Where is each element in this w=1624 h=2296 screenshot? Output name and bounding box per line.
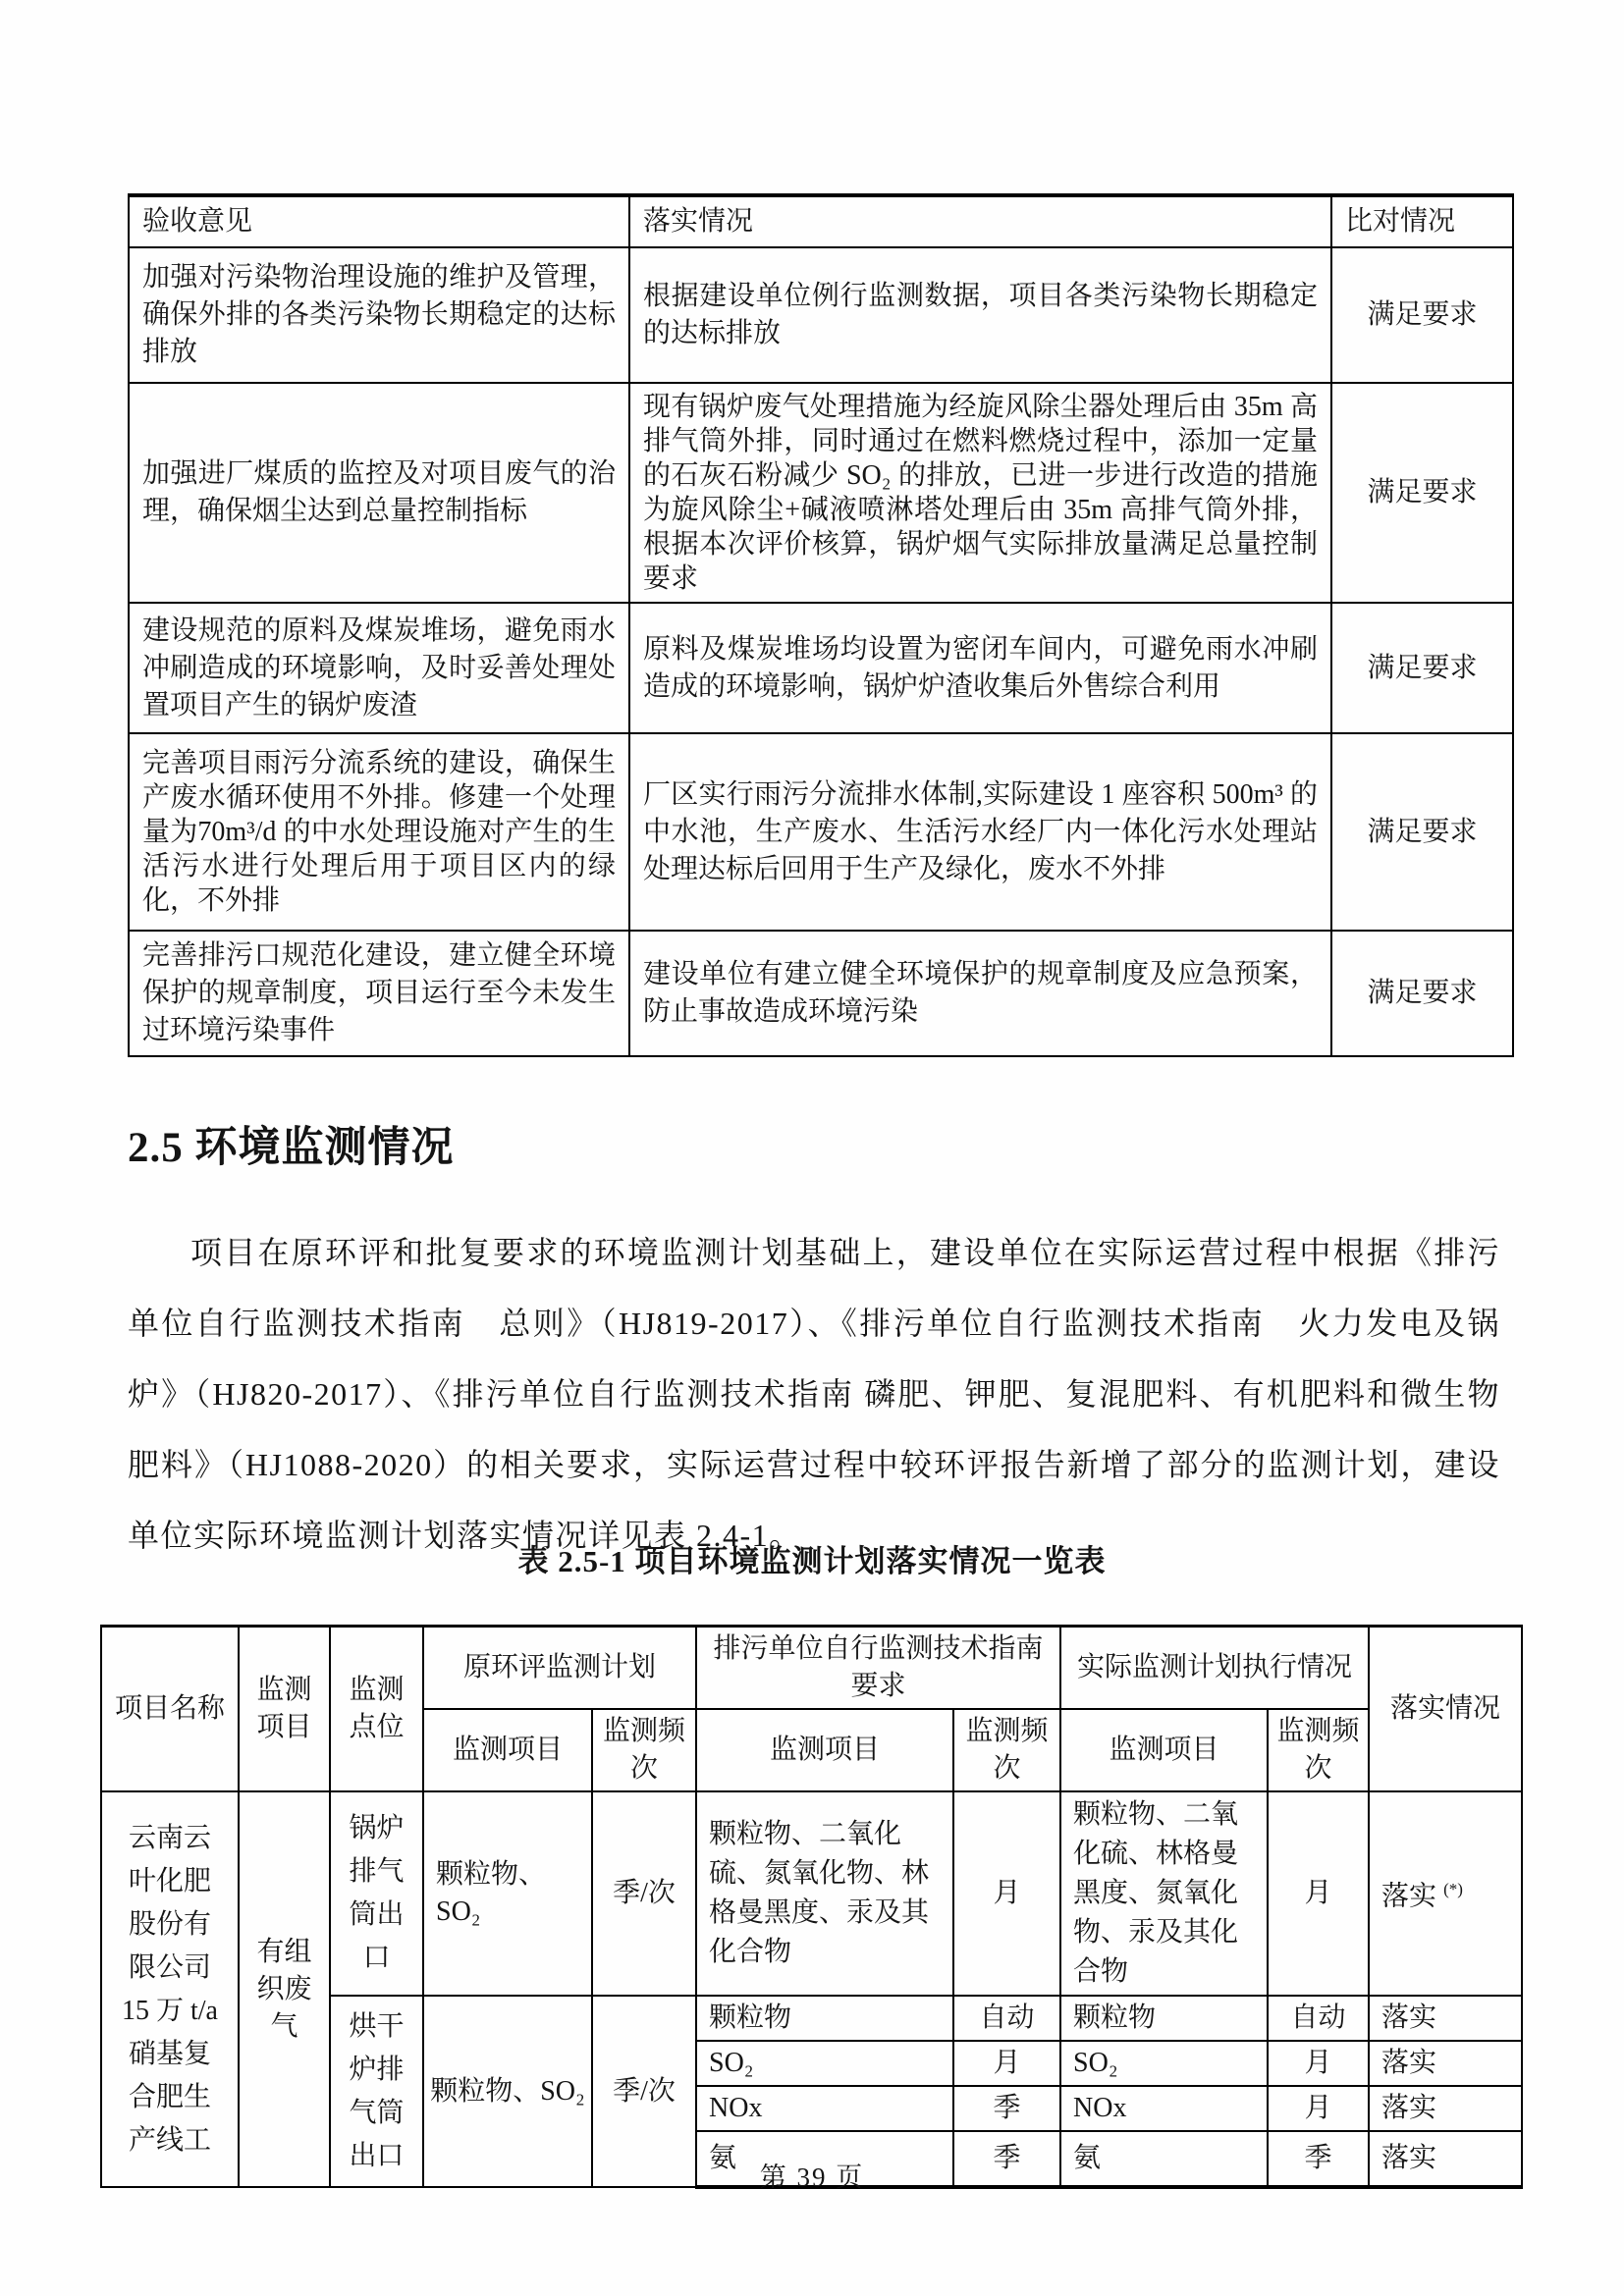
acceptance-table: 验收意见 落实情况 比对情况 加强对污染物治理设施的维护及管理，确保外排的各类污… xyxy=(128,193,1514,1057)
actual-item-cell: NOx xyxy=(1060,2086,1268,2131)
actual-freq-cell: 月 xyxy=(1268,2086,1369,2131)
status-cell: 落实 xyxy=(1369,2086,1522,2131)
comparison-cell: 满足要求 xyxy=(1331,931,1513,1056)
guide-freq-cell: 季 xyxy=(953,2086,1060,2131)
header-sub-freq-eia: 监测频次 xyxy=(592,1709,696,1791)
header-implementation-status: 落实情况 xyxy=(1369,1627,1522,1792)
opinion-cell: 完善项目雨污分流系统的建设，确保生产废水循环使用不外排。修建一个处理量为70m³… xyxy=(129,733,629,931)
acceptance-row: 完善排污口规范化建设，建立健全环境保护的规章制度，项目运行至今未发生过环境污染事… xyxy=(129,931,1513,1056)
header-implementation: 落实情况 xyxy=(629,195,1331,247)
comparison-cell: 满足要求 xyxy=(1331,603,1513,733)
header-sub-item-actual: 监测项目 xyxy=(1060,1709,1268,1791)
guide-item-cell: 颗粒物 xyxy=(696,1996,953,2041)
header-sub-item-guide: 监测项目 xyxy=(696,1709,953,1791)
status-cell: 落实 xyxy=(1369,2041,1522,2086)
status-cell: 落实 (*) xyxy=(1369,1791,1522,1996)
actual-item-cell: 颗粒物、二氧化硫、林格曼黑度、氮氧化物、汞及其化合物 xyxy=(1060,1791,1268,1996)
header-monitor-point: 监测点位 xyxy=(330,1627,423,1792)
page-number: 第 39 页 xyxy=(0,2156,1624,2194)
monitor-item-cell: 有组织废气 xyxy=(239,1791,330,2187)
opinion-cell: 建设规范的原料及煤炭堆场，避免雨水冲刷造成的环境影响，及时妥善处理处置项目产生的… xyxy=(129,603,629,733)
opinion-cell: 加强对污染物治理设施的维护及管理，确保外排的各类污染物长期稳定的达标排放 xyxy=(129,247,629,383)
status-footnote-marker: (*) xyxy=(1443,1880,1463,1898)
guide-freq-cell: 月 xyxy=(953,1791,1060,1996)
opinion-cell: 加强进厂煤质的监控及对项目废气的治理，确保烟尘达到总量控制指标 xyxy=(129,383,629,603)
implementation-cell: 厂区实行雨污分流排水体制,实际建设 1 座容积 500m³ 的中水池，生产废水、… xyxy=(629,733,1331,931)
project-name-cell: 云南云叶化肥股份有限公司 15 万 t/a 硝基复合肥生产线工 xyxy=(101,1791,239,2187)
guide-item-cell: SO₂ xyxy=(696,2041,953,2086)
eia-freq-cell: 季/次 xyxy=(592,1791,696,1996)
monitoring-table: 项目名称 监测项目 监测点位 原环评监测计划 排污单位自行监测技术指南要求 实际… xyxy=(100,1625,1523,2189)
document-page: 验收意见 落实情况 比对情况 加强对污染物治理设施的维护及管理，确保外排的各类污… xyxy=(0,0,1624,2296)
acceptance-row: 建设规范的原料及煤炭堆场，避免雨水冲刷造成的环境影响，及时妥善处理处置项目产生的… xyxy=(129,603,1513,733)
opinion-cell: 完善排污口规范化建设，建立健全环境保护的规章制度，项目运行至今未发生过环境污染事… xyxy=(129,931,629,1056)
comparison-cell: 满足要求 xyxy=(1331,247,1513,383)
actual-freq-cell: 月 xyxy=(1268,2041,1369,2086)
guide-item-cell: 颗粒物、二氧化硫、氮氧化物、林格曼黑度、汞及其化合物 xyxy=(696,1791,953,1996)
monitoring-row-boiler: 云南云叶化肥股份有限公司 15 万 t/a 硝基复合肥生产线工 有组织废气 锅炉… xyxy=(101,1791,1522,1996)
body-paragraph: 项目在原环评和批复要求的环境监测计划基础上，建设单位在实际运营过程中根据《排污单… xyxy=(128,1217,1500,1571)
acceptance-header-row: 验收意见 落实情况 比对情况 xyxy=(129,195,1513,247)
guide-freq-cell: 月 xyxy=(953,2041,1060,2086)
actual-item-cell: 颗粒物 xyxy=(1060,1996,1268,2041)
status-text: 落实 xyxy=(1381,1882,1436,1912)
header-opinion: 验收意见 xyxy=(129,195,629,247)
header-comparison: 比对情况 xyxy=(1331,195,1513,247)
acceptance-row: 加强对污染物治理设施的维护及管理，确保外排的各类污染物长期稳定的达标排放 根据建… xyxy=(129,247,1513,383)
acceptance-row: 加强进厂煤质的监控及对项目废气的治理，确保烟尘达到总量控制指标 现有锅炉废气处理… xyxy=(129,383,1513,603)
eia-item-cell: 颗粒物、SO₂ xyxy=(423,1791,592,1996)
header-project-name: 项目名称 xyxy=(101,1627,239,1792)
actual-item-cell: SO₂ xyxy=(1060,2041,1268,2086)
implementation-cell: 现有锅炉废气处理措施为经旋风除尘器处理后由 35m 高排气筒外排，同时通过在燃料… xyxy=(629,383,1331,603)
comparison-cell: 满足要求 xyxy=(1331,733,1513,931)
implementation-cell: 原料及煤炭堆场均设置为密闭车间内，可避免雨水冲刷造成的环境影响，锅炉炉渣收集后外… xyxy=(629,603,1331,733)
actual-freq-cell: 月 xyxy=(1268,1791,1369,1996)
header-monitor-item: 监测项目 xyxy=(239,1627,330,1792)
implementation-cell: 建设单位有建立健全环境保护的规章制度及应急预案，防止事故造成环境污染 xyxy=(629,931,1331,1056)
header-sub-freq-guide: 监测频次 xyxy=(953,1709,1060,1791)
header-group-actual: 实际监测计划执行情况 xyxy=(1060,1627,1369,1710)
header-sub-freq-actual: 监测频次 xyxy=(1268,1709,1369,1791)
guide-freq-cell: 自动 xyxy=(953,1996,1060,2041)
header-sub-item-eia: 监测项目 xyxy=(423,1709,592,1791)
acceptance-row: 完善项目雨污分流系统的建设，确保生产废水循环使用不外排。修建一个处理量为70m³… xyxy=(129,733,1513,931)
monitoring-table-title: 表 2.5-1 项目环境监测计划落实情况一览表 xyxy=(0,1536,1624,1580)
comparison-cell: 满足要求 xyxy=(1331,383,1513,603)
status-cell: 落实 xyxy=(1369,1996,1522,2041)
point-cell-boiler: 锅炉排气筒出口 xyxy=(330,1791,423,1996)
actual-freq-cell: 自动 xyxy=(1268,1996,1369,2041)
header-group-guide: 排污单位自行监测技术指南要求 xyxy=(696,1627,1060,1710)
monitoring-header-group-row: 项目名称 监测项目 监测点位 原环评监测计划 排污单位自行监测技术指南要求 实际… xyxy=(101,1627,1522,1710)
implementation-cell: 根据建设单位例行监测数据，项目各类污染物长期稳定的达标排放 xyxy=(629,247,1331,383)
guide-item-cell: NOx xyxy=(696,2086,953,2131)
section-heading: 2.5 环境监测情况 xyxy=(128,1114,455,1174)
header-group-eia: 原环评监测计划 xyxy=(423,1627,696,1710)
